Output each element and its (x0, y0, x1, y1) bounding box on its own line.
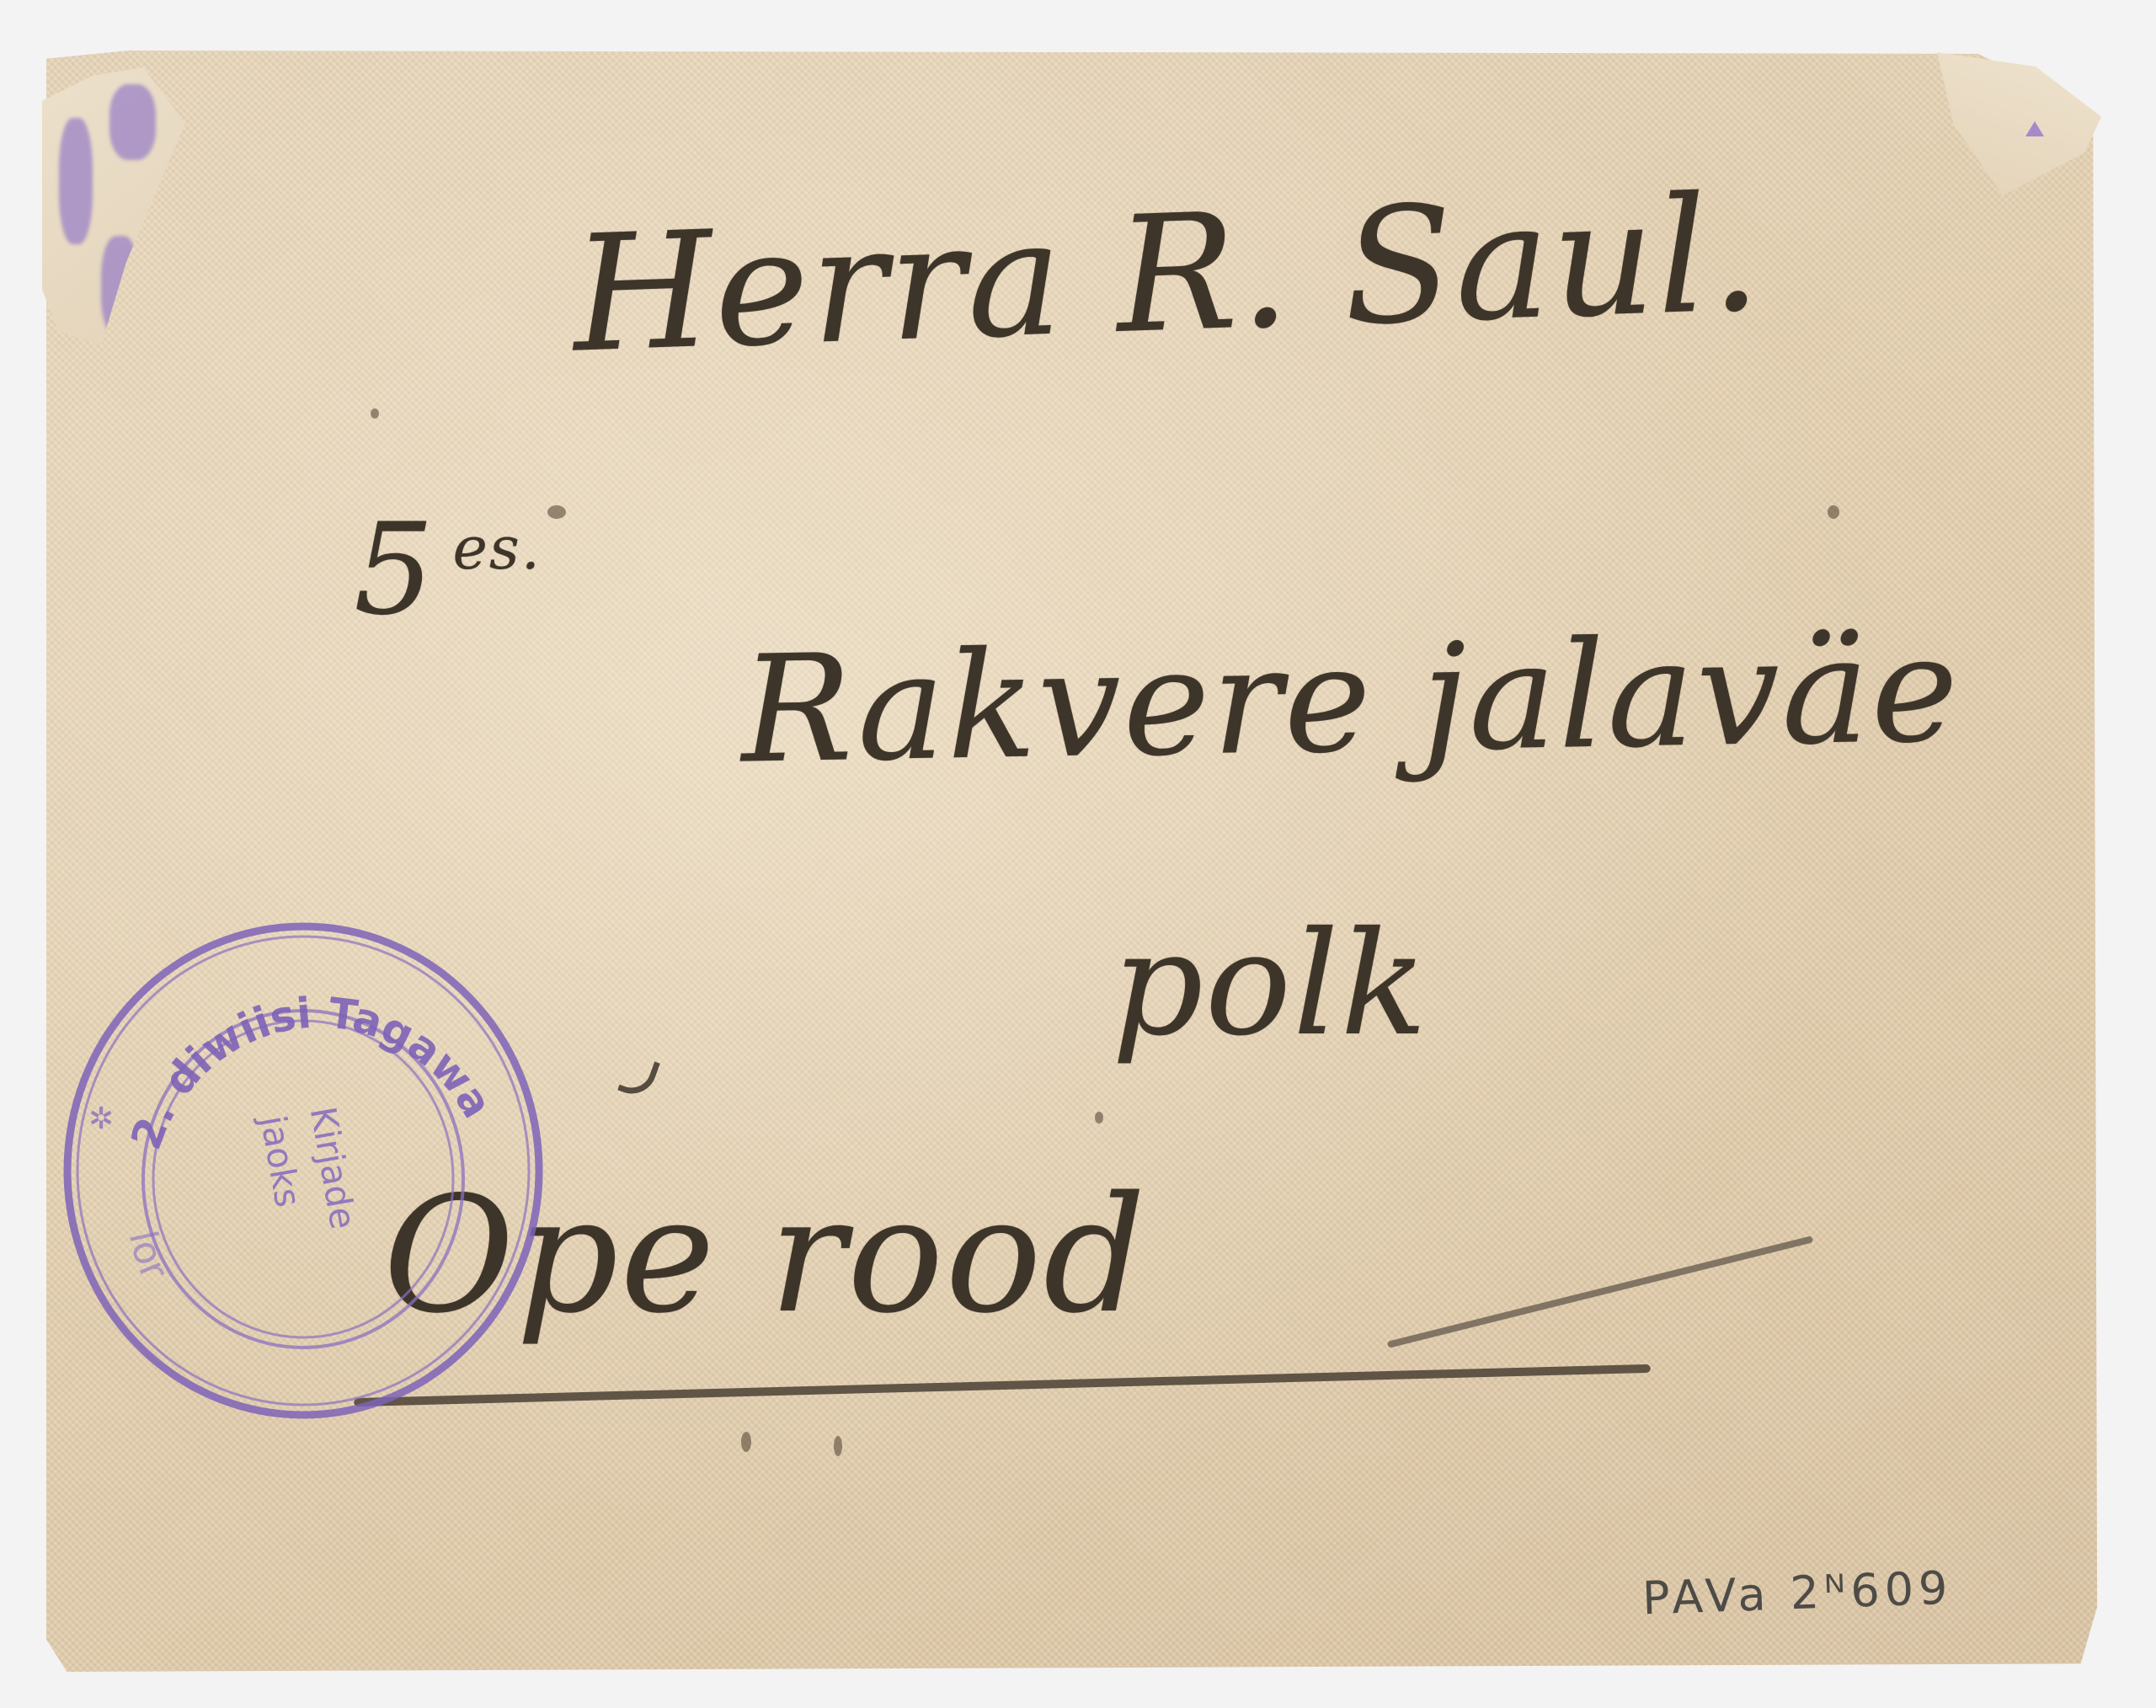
unit-number-value: 5 (354, 497, 435, 643)
ink-spot (1095, 1112, 1103, 1124)
stamp-star-icon: ✲ (88, 1102, 114, 1136)
ink-spot (834, 1436, 842, 1456)
stamp-lower-text: lor (120, 1226, 179, 1285)
violet-ink-fragment (2025, 121, 2044, 136)
ink-spot (1828, 505, 1839, 519)
ink-spot (547, 505, 566, 519)
stamp-center-line-2: jaoks (253, 1113, 309, 1210)
ink-spot (371, 408, 379, 419)
unit-number: 5es. (354, 497, 542, 643)
svg-text:lor: lor (120, 1226, 179, 1285)
regiment-name: Rakvere jalaväe (739, 604, 1961, 796)
stamp-ink-remnant (109, 84, 156, 160)
archive-reference-note: PAVa 2ᴺ609 (1641, 1561, 1953, 1625)
unit-number-suffix: es. (452, 514, 542, 583)
violet-circular-stamp: 2. diwiisi Tagawa lor ✲ Kirjade jaoks (51, 910, 556, 1432)
regiment-word: polk (1112, 901, 1429, 1068)
stamp-ink-remnant (59, 118, 93, 244)
ink-spot (741, 1432, 751, 1452)
